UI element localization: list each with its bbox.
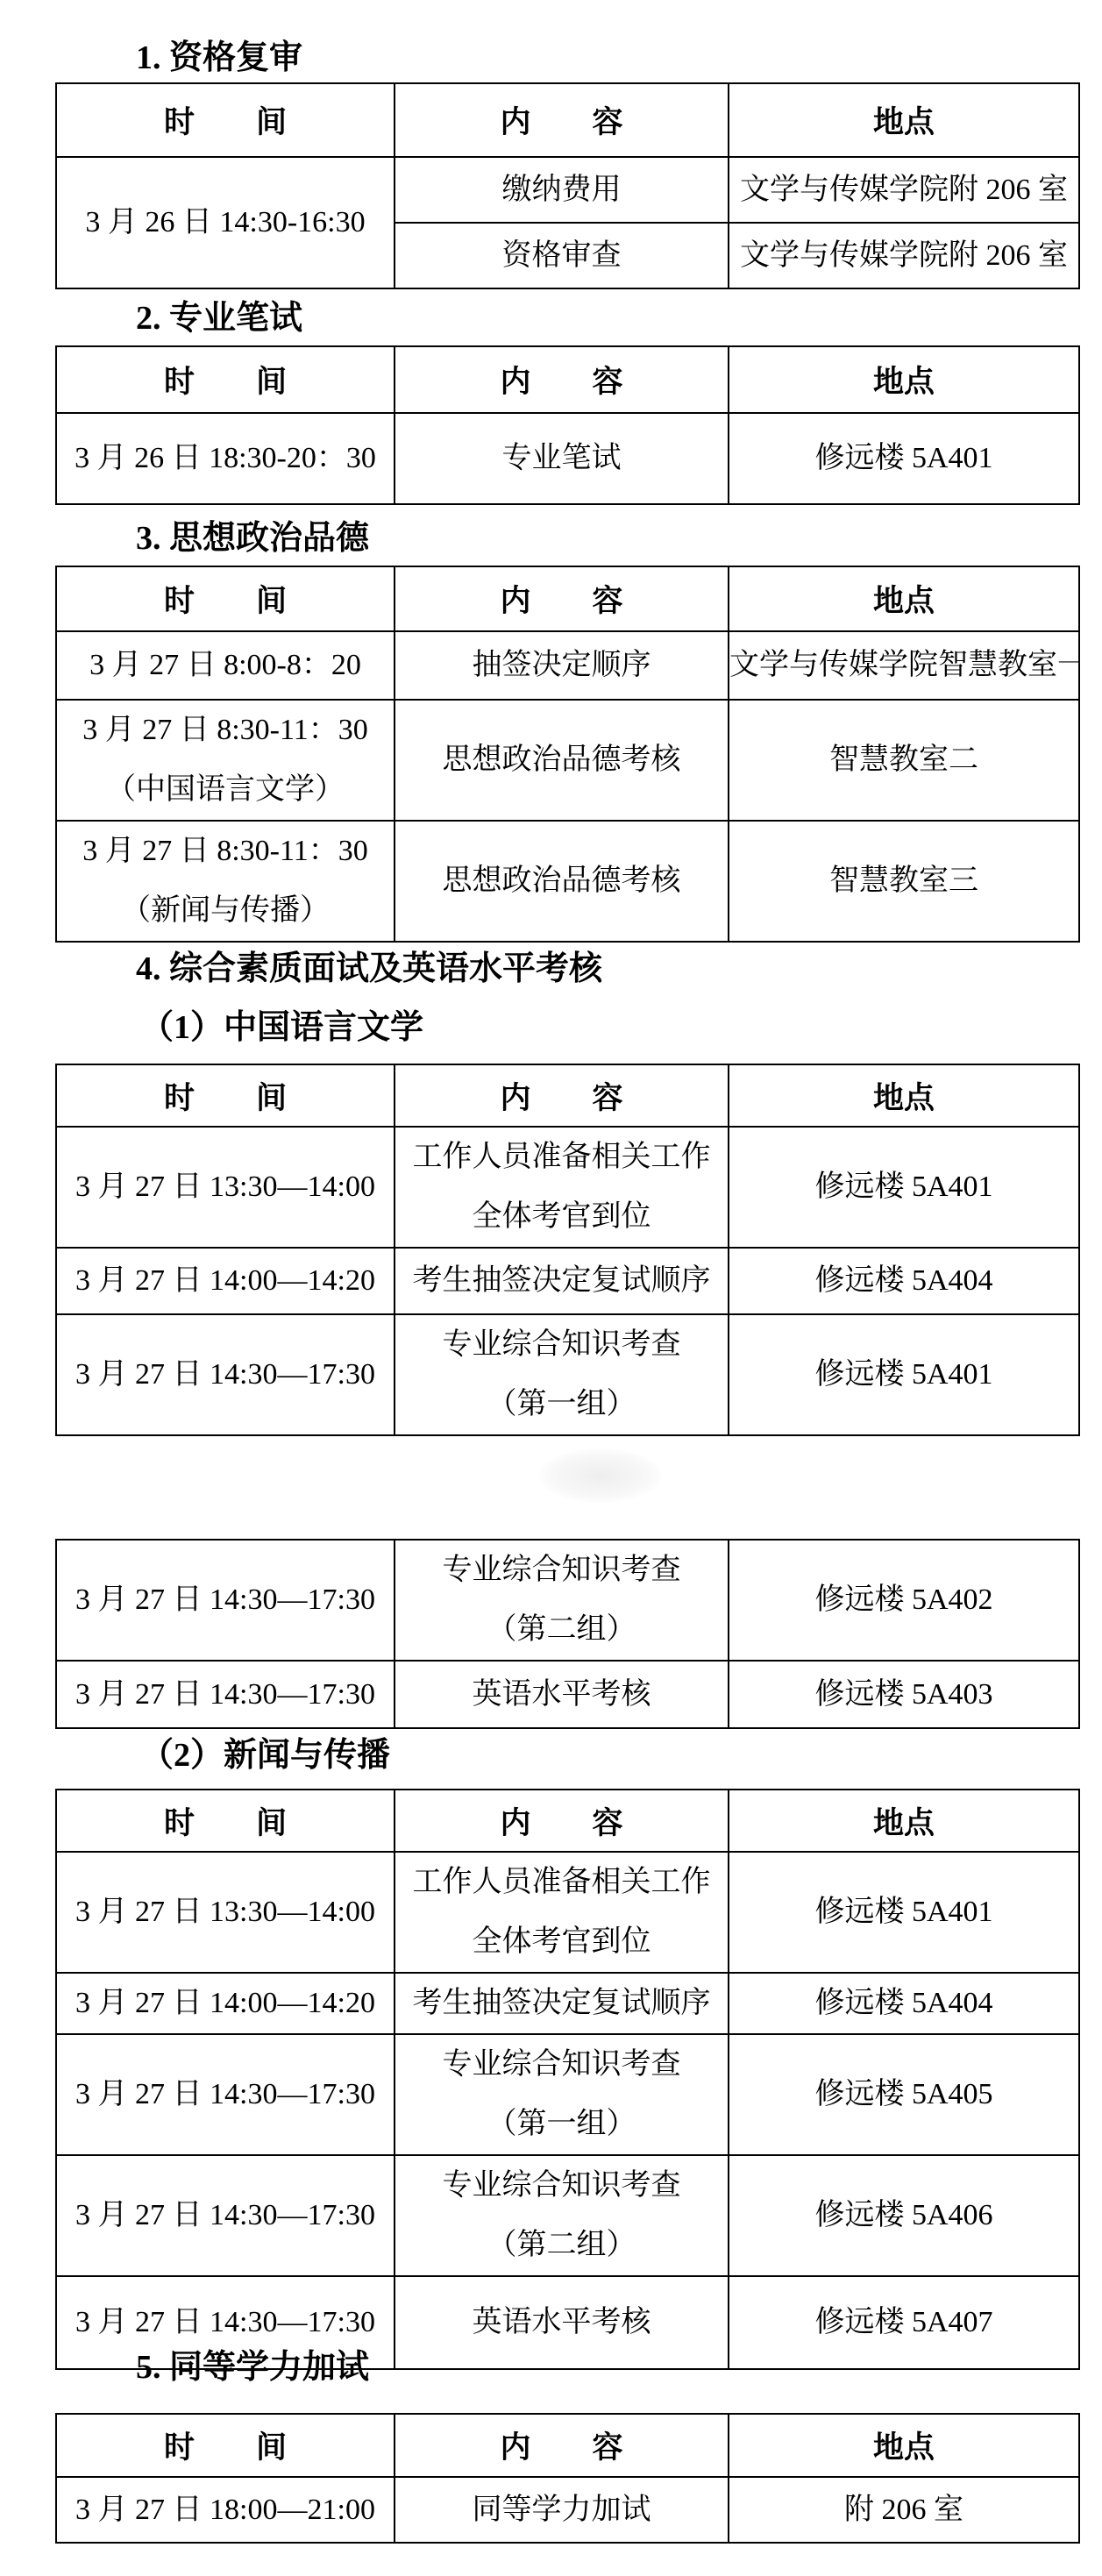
cell-line: 3 月 27 日 13:30—14:00: [57, 1882, 394, 1942]
header-content-cell: 内 容: [395, 566, 729, 631]
table-header-row: 时 间 内 容 地点: [56, 1064, 1079, 1127]
cell-line: 修远楼 5A404: [729, 1251, 1078, 1311]
time-cell: 3 月 27 日 14:30—17:30: [56, 1540, 395, 1661]
cell-line: 修远楼 5A401: [729, 1157, 1078, 1217]
section-heading-2: 2. 专业笔试: [136, 299, 302, 338]
header-content-cell: 内 容: [395, 83, 729, 157]
cell-line: 修远楼 5A402: [729, 1570, 1078, 1630]
cell-line: 文学与传媒学院附 206 室: [729, 226, 1078, 286]
time-cell: 3 月 26 日 18:30-20：30: [56, 413, 395, 504]
cell-line: 英语水平考核: [395, 2293, 728, 2352]
cell-line: 专业综合知识考查: [395, 2156, 728, 2216]
section-heading-1: 1. 资格复审: [136, 39, 302, 77]
location-cell: 智慧教室三: [729, 821, 1079, 942]
location-cell: 修远楼 5A401: [729, 1852, 1079, 1973]
header-content-cell: 内 容: [395, 346, 729, 413]
content-cell: 专业笔试: [395, 413, 729, 504]
cell-line: 3 月 27 日 14:00—14:20: [57, 1251, 394, 1311]
table-header-row: 时 间 内 容 地点: [56, 566, 1079, 631]
schedule-table-4: 时 间 内 容 地点 3 月 27 日 13:30—14:00 工作人员准备相关…: [55, 1064, 1080, 1436]
table-header-row: 时 间 内 容 地点: [56, 346, 1079, 413]
time-cell: 3 月 27 日 13:30—14:00: [56, 1127, 395, 1248]
cell-line: 专业综合知识考查: [395, 1315, 728, 1375]
content-cell: 专业综合知识考查 （第二组）: [395, 2155, 729, 2276]
time-cell: 3 月 27 日 14:30—17:30: [56, 1661, 395, 1728]
cell-line: 修远楼 5A403: [729, 1665, 1078, 1725]
table-header-row: 时 间 内 容 地点: [56, 1790, 1079, 1852]
cell-line: 修远楼 5A405: [729, 2065, 1078, 2124]
table-row: 3 月 27 日 14:30—17:30 专业综合知识考查 （第二组） 修远楼 …: [56, 2155, 1079, 2276]
location-cell: 修远楼 5A406: [729, 2155, 1079, 2276]
cell-line: 修远楼 5A404: [729, 1974, 1078, 2033]
time-cell: 3 月 27 日 14:30—17:30: [56, 2034, 395, 2155]
content-cell: 同等学力加试: [395, 2477, 729, 2543]
location-cell: 修远楼 5A402: [729, 1540, 1079, 1661]
header-time-cell: 时 间: [56, 346, 395, 413]
table-row: 3 月 27 日 8:30-11：30 （新闻与传播） 思想政治品德考核 智慧教…: [56, 821, 1079, 942]
cell-line: 同等学力加试: [395, 2480, 728, 2540]
content-cell: 思想政治品德考核: [395, 700, 729, 821]
cell-line: 3 月 27 日 14:30—17:30: [57, 1665, 394, 1725]
cell-line: 3 月 27 日 14:00—14:20: [57, 1974, 394, 2033]
table-header-row: 时 间 内 容 地点: [56, 2414, 1079, 2477]
content-cell: 缴纳费用: [395, 157, 729, 223]
header-location-cell: 地点: [729, 1064, 1079, 1127]
location-cell: 附 206 室: [729, 2477, 1079, 2543]
cell-line: 修远楼 5A401: [729, 1882, 1078, 1942]
time-cell: 3 月 27 日 8:30-11：30 （中国语言文学）: [56, 700, 395, 821]
time-cell: 3 月 26 日 14:30-16:30: [56, 157, 395, 288]
cell-line: 考生抽签决定复试顺序: [395, 1974, 728, 2033]
location-cell: 修远楼 5A407: [729, 2276, 1079, 2369]
cell-line: 智慧教室二: [729, 730, 1078, 790]
time-cell: 3 月 27 日 18:00—21:00: [56, 2477, 395, 2543]
location-cell: 修远楼 5A404: [729, 1248, 1079, 1314]
cell-line: 3 月 27 日 14:30—17:30: [57, 2293, 394, 2352]
time-cell: 3 月 27 日 8:00-8：20: [56, 631, 395, 700]
table-row: 3 月 27 日 14:00—14:20 考生抽签决定复试顺序 修远楼 5A40…: [56, 1248, 1079, 1314]
header-location-cell: 地点: [729, 83, 1079, 157]
cell-line: 专业综合知识考查: [395, 1541, 728, 1600]
header-time-cell: 时 间: [56, 83, 395, 157]
table-row: 3 月 27 日 18:00—21:00 同等学力加试 附 206 室: [56, 2477, 1079, 2543]
content-cell: 工作人员准备相关工作 全体考官到位: [395, 1852, 729, 1973]
section-heading-5: 5. 同等学力加试: [136, 2348, 369, 2387]
schedule-table-1: 时 间 内 容 地点 3 月 26 日 14:30-16:30 缴纳费用 文学与…: [55, 82, 1080, 289]
subsection-heading-2: （2）新闻与传播: [140, 1736, 390, 1775]
cell-line: 3 月 27 日 14:30—17:30: [57, 1345, 394, 1405]
time-cell: 3 月 27 日 13:30—14:00: [56, 1852, 395, 1973]
time-cell: 3 月 27 日 14:30—17:30: [56, 1314, 395, 1435]
location-cell: 修远楼 5A401: [729, 413, 1079, 504]
cell-line: 考生抽签决定复试顺序: [395, 1251, 728, 1311]
location-cell: 文学与传媒学院智慧教室一: [729, 631, 1079, 700]
cell-line: 专业综合知识考查: [395, 2035, 728, 2095]
cell-line: 3 月 27 日 14:30—17:30: [57, 2186, 394, 2245]
table-row: 3 月 27 日 13:30—14:00 工作人员准备相关工作 全体考官到位 修…: [56, 1127, 1079, 1248]
header-time-cell: 时 间: [56, 566, 395, 631]
cell-line: 3 月 27 日 8:00-8：20: [57, 636, 394, 695]
content-cell: 考生抽签决定复试顺序: [395, 1973, 729, 2034]
table-row: 3 月 27 日 8:30-11：30 （中国语言文学） 思想政治品德考核 智慧…: [56, 700, 1079, 821]
cell-line: （第一组）: [395, 1375, 728, 1434]
content-cell: 专业综合知识考查 （第一组）: [395, 1314, 729, 1435]
cell-line: （第二组）: [395, 2216, 728, 2275]
cell-line: 全体考官到位: [395, 1187, 728, 1247]
cell-line: 抽签决定顺序: [395, 636, 728, 695]
content-cell: 资格审查: [395, 223, 729, 288]
table-row: 3 月 27 日 14:30—17:30 专业综合知识考查 （第一组） 修远楼 …: [56, 2034, 1079, 2155]
schedule-table-7: 时 间 内 容 地点 3 月 27 日 18:00—21:00 同等学力加试 附…: [55, 2413, 1080, 2544]
time-cell: 3 月 27 日 8:30-11：30 （新闻与传播）: [56, 821, 395, 942]
location-cell: 文学与传媒学院附 206 室: [729, 223, 1079, 288]
cell-line: 修远楼 5A406: [729, 2186, 1078, 2245]
table-row: 3 月 27 日 14:30—17:30 专业综合知识考查 （第二组） 修远楼 …: [56, 1540, 1079, 1661]
header-content-cell: 内 容: [395, 2414, 729, 2477]
cell-line: 智慧教室三: [729, 851, 1078, 911]
section-heading-4: 4. 综合素质面试及英语水平考核: [136, 950, 602, 988]
header-location-cell: 地点: [729, 566, 1079, 631]
cell-line: 3 月 26 日 14:30-16:30: [57, 193, 394, 253]
table-row: 3 月 26 日 18:30-20：30 专业笔试 修远楼 5A401: [56, 413, 1079, 504]
cell-line: （中国语言文学）: [57, 760, 394, 820]
location-cell: 智慧教室二: [729, 700, 1079, 821]
location-cell: 修远楼 5A404: [729, 1973, 1079, 2034]
cell-line: （第一组）: [395, 2095, 728, 2154]
content-cell: 考生抽签决定复试顺序: [395, 1248, 729, 1314]
cell-line: （新闻与传播）: [57, 881, 394, 941]
content-cell: 专业综合知识考查 （第一组）: [395, 2034, 729, 2155]
cell-line: 3 月 27 日 18:00—21:00: [57, 2480, 394, 2540]
header-time-cell: 时 间: [56, 2414, 395, 2477]
time-cell: 3 月 27 日 14:00—14:20: [56, 1248, 395, 1314]
cell-line: 文学与传媒学院智慧教室一: [729, 636, 1078, 695]
time-cell: 3 月 27 日 14:30—17:30: [56, 2155, 395, 2276]
table-header-row: 时 间 内 容 地点: [56, 83, 1079, 157]
content-cell: 思想政治品德考核: [395, 821, 729, 942]
cell-line: 工作人员准备相关工作: [395, 1128, 728, 1187]
location-cell: 修远楼 5A401: [729, 1314, 1079, 1435]
cell-line: 3 月 27 日 8:30-11：30: [57, 822, 394, 881]
document-page: 1. 资格复审 时 间 内 容 地点 3 月 26 日 14:30-16:30 …: [0, 0, 1102, 2576]
table-row: 3 月 27 日 8:00-8：20 抽签决定顺序 文学与传媒学院智慧教室一: [56, 631, 1079, 700]
cell-line: 3 月 27 日 13:30—14:00: [57, 1157, 394, 1217]
cell-line: 3 月 27 日 14:30—17:30: [57, 1570, 394, 1630]
table-row: 3 月 27 日 14:00—14:20 考生抽签决定复试顺序 修远楼 5A40…: [56, 1973, 1079, 2034]
location-cell: 文学与传媒学院附 206 室: [729, 157, 1079, 223]
header-content-cell: 内 容: [395, 1790, 729, 1852]
cell-line: 修远楼 5A401: [729, 429, 1078, 488]
schedule-table-2: 时 间 内 容 地点 3 月 26 日 18:30-20：30 专业笔试 修远楼…: [55, 345, 1080, 505]
location-cell: 修远楼 5A405: [729, 2034, 1079, 2155]
subsection-heading-1: （1）中国语言文学: [140, 1008, 423, 1047]
cell-line: 3 月 27 日 14:30—17:30: [57, 2065, 394, 2124]
table-row: 3 月 27 日 14:30—17:30 英语水平考核 修远楼 5A403: [56, 1661, 1079, 1728]
table-row: 3 月 27 日 14:30—17:30 专业综合知识考查 （第一组） 修远楼 …: [56, 1314, 1079, 1435]
cell-line: 文学与传媒学院附 206 室: [729, 160, 1078, 220]
table-row: 3 月 26 日 14:30-16:30 缴纳费用 文学与传媒学院附 206 室: [56, 157, 1079, 223]
schedule-table-5-continuation: 3 月 27 日 14:30—17:30 专业综合知识考查 （第二组） 修远楼 …: [55, 1539, 1080, 1729]
cell-line: 资格审查: [395, 226, 728, 286]
header-location-cell: 地点: [729, 1790, 1079, 1852]
content-cell: 抽签决定顺序: [395, 631, 729, 700]
schedule-table-6: 时 间 内 容 地点 3 月 27 日 13:30—14:00 工作人员准备相关…: [55, 1789, 1080, 2370]
time-cell: 3 月 27 日 14:00—14:20: [56, 1973, 395, 2034]
cell-line: 修远楼 5A407: [729, 2293, 1078, 2352]
cell-line: 附 206 室: [729, 2480, 1078, 2540]
content-cell: 英语水平考核: [395, 1661, 729, 1728]
header-content-cell: 内 容: [395, 1064, 729, 1127]
cell-line: 思想政治品德考核: [395, 730, 728, 790]
cell-line: （第二组）: [395, 1600, 728, 1660]
cell-line: 专业笔试: [395, 429, 728, 488]
header-time-cell: 时 间: [56, 1064, 395, 1127]
location-cell: 修远楼 5A401: [729, 1127, 1079, 1248]
header-location-cell: 地点: [729, 2414, 1079, 2477]
cell-line: 英语水平考核: [395, 1665, 728, 1725]
header-location-cell: 地点: [729, 346, 1079, 413]
cell-line: 思想政治品德考核: [395, 851, 728, 911]
cell-line: 修远楼 5A401: [729, 1345, 1078, 1405]
table-row: 3 月 27 日 13:30—14:00 工作人员准备相关工作 全体考官到位 修…: [56, 1852, 1079, 1973]
cell-line: 全体考官到位: [395, 1912, 728, 1972]
cell-line: 工作人员准备相关工作: [395, 1853, 728, 1912]
header-time-cell: 时 间: [56, 1790, 395, 1852]
content-cell: 工作人员准备相关工作 全体考官到位: [395, 1127, 729, 1248]
schedule-table-3: 时 间 内 容 地点 3 月 27 日 8:00-8：20 抽签决定顺序 文学与…: [55, 566, 1080, 943]
cell-line: 3 月 26 日 18:30-20：30: [57, 429, 394, 488]
scan-smudge-artifact: [539, 1448, 662, 1503]
content-cell: 专业综合知识考查 （第二组）: [395, 1540, 729, 1661]
content-cell: 英语水平考核: [395, 2276, 729, 2369]
location-cell: 修远楼 5A403: [729, 1661, 1079, 1728]
cell-line: 3 月 27 日 8:30-11：30: [57, 701, 394, 760]
section-heading-3: 3. 思想政治品德: [136, 519, 369, 558]
cell-line: 缴纳费用: [395, 160, 728, 220]
